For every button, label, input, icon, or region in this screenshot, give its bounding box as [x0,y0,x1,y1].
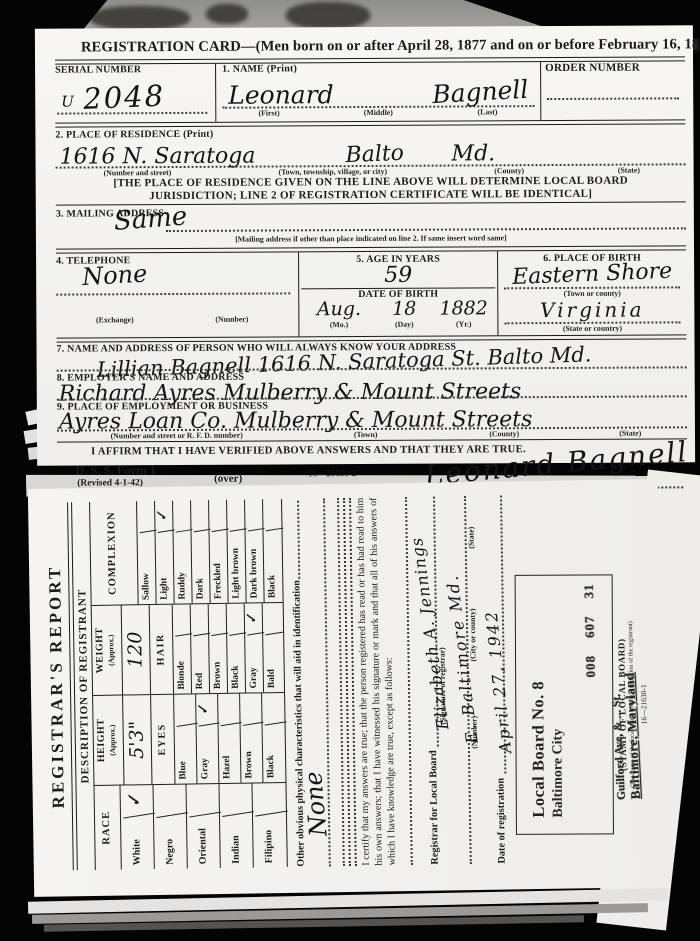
residence-section: 2. PLACE OF RESIDENCE (Print) 1616 N. Sa… [55,126,685,203]
race-header: RACE [95,786,122,870]
checkmark [152,782,188,818]
birth-state-handwriting: Virginia [498,298,686,323]
serial-number-line: U 2048 [57,80,207,115]
registration-card-front: REGISTRATION CARD—(Men born on or after … [35,25,695,465]
hair-option: Black [227,635,245,693]
race-row: Indian [219,783,253,868]
weight-header-text: WEIGHT [94,627,106,673]
dob-sublabels: (Mo.) (Day) (Yr.) [299,320,497,330]
eyes-row: Black [262,693,285,782]
hair-option: Blonde [173,635,191,693]
local-board-stamp-box: Local Board No. 8 Baltimore City 008 607… [515,574,614,835]
residence-county-handwriting: Md. [451,141,495,166]
date-line: April 27, 1942 [480,496,506,775]
hair-row: Red [191,604,210,693]
complexion-row: Black [263,499,283,602]
scanned-document-background: REGISTRATION CARD—(Men born on or after … [0,0,700,941]
serial-number-label: SERIAL NUMBER [55,64,215,76]
complexion-row: Ruddy [173,500,193,603]
jurisdiction-note-line2: JURISDICTION; LINE 2 OF REGISTRATION CER… [56,187,686,203]
weight-value-handwriting: 120 [124,632,147,669]
race-option: Indian [220,814,253,867]
registrar-label: Registrar for Local Board [428,750,441,864]
checkmark [261,498,284,531]
telephone-line [56,293,290,296]
height-header: HEIGHT(Approx.) [93,696,124,785]
complexion-row: Dark [191,500,211,603]
eyes-row: Hazel [218,694,241,783]
dob-year-handwriting: 1882 [430,298,497,320]
number-sublabel: (Number) [173,315,290,325]
scan-smudge [206,4,248,24]
stamp-code: 607 [582,615,599,638]
telephone-age-birth-row: 4. TELEPHONE None (Exchange) (Number) 5.… [56,251,686,338]
serial-number-section: SERIAL NUMBER U 2048 [55,64,215,123]
complexion-option: Sallow [138,532,156,604]
state-sublabel: (State) [466,496,476,580]
race-row: White✓ [121,785,155,870]
height-value-handwriting: 5'3" [125,721,148,759]
employment-sublabels: (Number and street or R. F. D. number) (… [57,429,687,441]
weight-hair-column: WEIGHT(Approx.) 120 HAIR Blonde Red Brow… [92,603,284,696]
eyes-option: Hazel [219,725,241,783]
complexion-option: Freckled [210,531,228,603]
complexion-row: Sallow [137,501,157,604]
first-name-handwriting: Leonard [228,80,334,110]
report-title: REGISTRAR'S REPORT [44,502,70,870]
date-label: Date of registration [495,778,507,864]
county-sublabel: (County) [435,429,574,439]
hair-header: HAIR [150,605,174,694]
complexion-option: Ruddy [174,531,192,603]
date-value-handwriting: April 27, 1942 [482,609,516,754]
telephone-value-handwriting: None [81,260,148,292]
eyes-option: Brown [241,724,263,782]
residence-line: 1616 N. Saratoga Balto Md. [55,137,685,168]
age-dob-section: 5. AGE IN YEARS 59 DATE OF BIRTH Aug. 18… [298,252,498,337]
checkmark [185,782,221,818]
height-approx-label: (Approx.) [107,724,116,755]
height-header-text: HEIGHT [95,718,107,762]
form-number: D. S. S. Form 1 [75,463,156,478]
stamp-board-city: Baltimore City [550,576,567,818]
stamp-captions: (STAMP OF LOCAL BOARD) (The stamp of the… [615,575,650,833]
hair-row: Black [227,604,246,693]
street-sublabel: (Number and street or R. F. D. number) [57,431,296,441]
order-number-section: ORDER NUMBER [540,61,685,120]
checkmark: ✓ [119,783,155,819]
registrars-report-card-rotated: REGISTRAR'S REPORT DESCRIPTION OF REGIST… [28,479,664,897]
complexion-row: Freckled [209,500,229,603]
complexion-row: Dark brown [245,499,265,602]
description-table: RACE White✓ Negro Oriental Indian Filipi… [89,499,288,870]
complexion-option: Black [264,530,283,602]
stamp-code: 008 [582,655,599,678]
age-value-handwriting: 59 [299,263,497,289]
checkmark [251,781,288,817]
registrar-signature-line: Elizabeth A. Jennings [413,497,439,747]
race-column: RACE White✓ Negro Oriental Indian Filipi… [95,783,287,870]
eyes-row: Blue [174,694,197,783]
complexion-row: Light✓ [155,501,175,604]
other-characteristics-handwriting: None [299,770,332,837]
weight-header: WEIGHT(Approx.) [92,606,123,695]
race-option: Filipino [253,814,287,868]
residence-city-handwriting: Balto [345,141,404,168]
exchange-sublabel: (Exchange) [56,315,173,325]
employer-section: 8. EMPLOYER'S NAME AND ADDRESS Richard A… [57,370,687,401]
telephone-sublabels: (Exchange) (Number) [56,315,290,325]
hair-row: Bald [263,603,282,692]
eyes-row: Gray✓ [196,694,219,783]
hair-option: Gray [245,634,263,692]
telephone-section: 4. TELEPHONE None (Exchange) (Number) [56,253,298,338]
certification-text: I certify that my answers are true; that… [354,497,399,866]
hair-row: Gray✓ [245,603,264,692]
stamp-codes: 008 607 31 [581,583,599,677]
registrars-report-card: REGISTRAR'S REPORT DESCRIPTION OF REGIST… [28,479,664,897]
birth-state-sublabel: (State or country) [498,324,686,334]
serial-prefix-handwriting: U [61,93,74,111]
weight-approx-label: (Approx.) [106,634,115,665]
hair-option: Red [191,635,209,693]
stamp-board-name: Local Board No. 8 [528,576,549,818]
checkmark [261,602,284,635]
complexion-option: Dark brown [246,530,264,602]
name-section: 1. NAME (Print) Leonard Bagnell (First) … [215,62,540,122]
card-title: REGISTRATION CARD—(Men born on or after … [81,36,685,56]
order-number-line [547,97,679,100]
hair-option: Bald [263,634,282,692]
race-option: Oriental [187,815,220,868]
complexion-header: COMPLEXION [90,501,139,605]
name-label: 1. NAME (Print) [222,62,534,75]
hair-option: Brown [209,635,227,693]
complexion-option: Light [156,532,174,604]
stamp-code: 31 [581,583,597,598]
eyes-option: Blue [175,725,197,783]
town-sublabel: (Town) [296,430,435,440]
eyes-header: EYES [151,695,175,784]
eyes-option: Black [263,724,286,782]
day-sublabel: (Day) [379,320,431,329]
dotted-fill [290,501,300,579]
height-eyes-column: HEIGHT(Approx.) 5'3" EYES Blue Gray✓ Haz… [93,693,285,786]
dob-month-handwriting: Aug. [299,298,378,320]
height-value-cell: 5'3" [123,695,152,784]
serial-name-order-row: SERIAL NUMBER U 2048 1. NAME (Print) Leo… [55,61,685,122]
race-row: Negro [154,785,188,870]
complexion-column: COMPLEXION Sallow Light✓ Ruddy Dark Frec… [90,499,283,606]
serial-value-handwriting: 2048 [83,79,166,116]
form-number-block: D. S. S. Form 1 (Revised 4-1-42) [57,463,156,489]
birthplace-section: 6. PLACE OF BIRTH Eastern Shore (Town or… [498,251,686,336]
last-name-handwriting: Bagnell [431,75,529,109]
date-of-registration-row: Date of registration April 27, 1942 [480,496,508,864]
eyes-row: Brown [240,693,263,782]
checkmark [260,692,287,726]
name-line: Leonard Bagnell [222,75,534,109]
race-row: Oriental [186,784,220,869]
hair-row: Brown [209,604,228,693]
eyes-option: Gray [197,725,219,783]
complexion-option: Light brown [228,531,246,603]
dob-day-handwriting: 18 [378,298,430,320]
residence-street-handwriting: 1616 N. Saratoga [59,144,255,170]
dob-values: Aug. 18 1882 [299,298,497,321]
scan-smudge [90,6,190,30]
month-sublabel: (Mo.) [299,320,378,329]
scan-smudge [286,2,370,29]
last-sublabel: (Last) [441,107,535,116]
hair-row: Blonde [173,604,192,693]
checkmark [218,781,254,817]
weight-value-cell: 120 [122,605,151,694]
race-option: White [121,816,154,869]
state-sublabel: (State) [572,165,685,175]
contact-section: 7. NAME AND ADDRESS OF PERSON WHO WILL A… [57,341,687,372]
mailing-sublabel: [Mailing address if other than place ind… [56,233,686,245]
employment-section: 9. PLACE OF EMPLOYMENT OR BUSINESS Ayres… [57,399,687,442]
mailing-line [166,228,686,233]
race-option: Negro [154,816,187,869]
year-sublabel: (Yr.) [430,320,497,329]
race-row: Filipino [252,783,286,868]
middle-sublabel: (Middle) [316,108,441,118]
order-number-label: ORDER NUMBER [545,61,681,74]
complexion-row: Light brown [227,500,247,603]
complexion-option: Dark [192,531,210,603]
mailing-address-section: 3. MAILING ADDRESS Same [Mailing address… [56,206,686,249]
